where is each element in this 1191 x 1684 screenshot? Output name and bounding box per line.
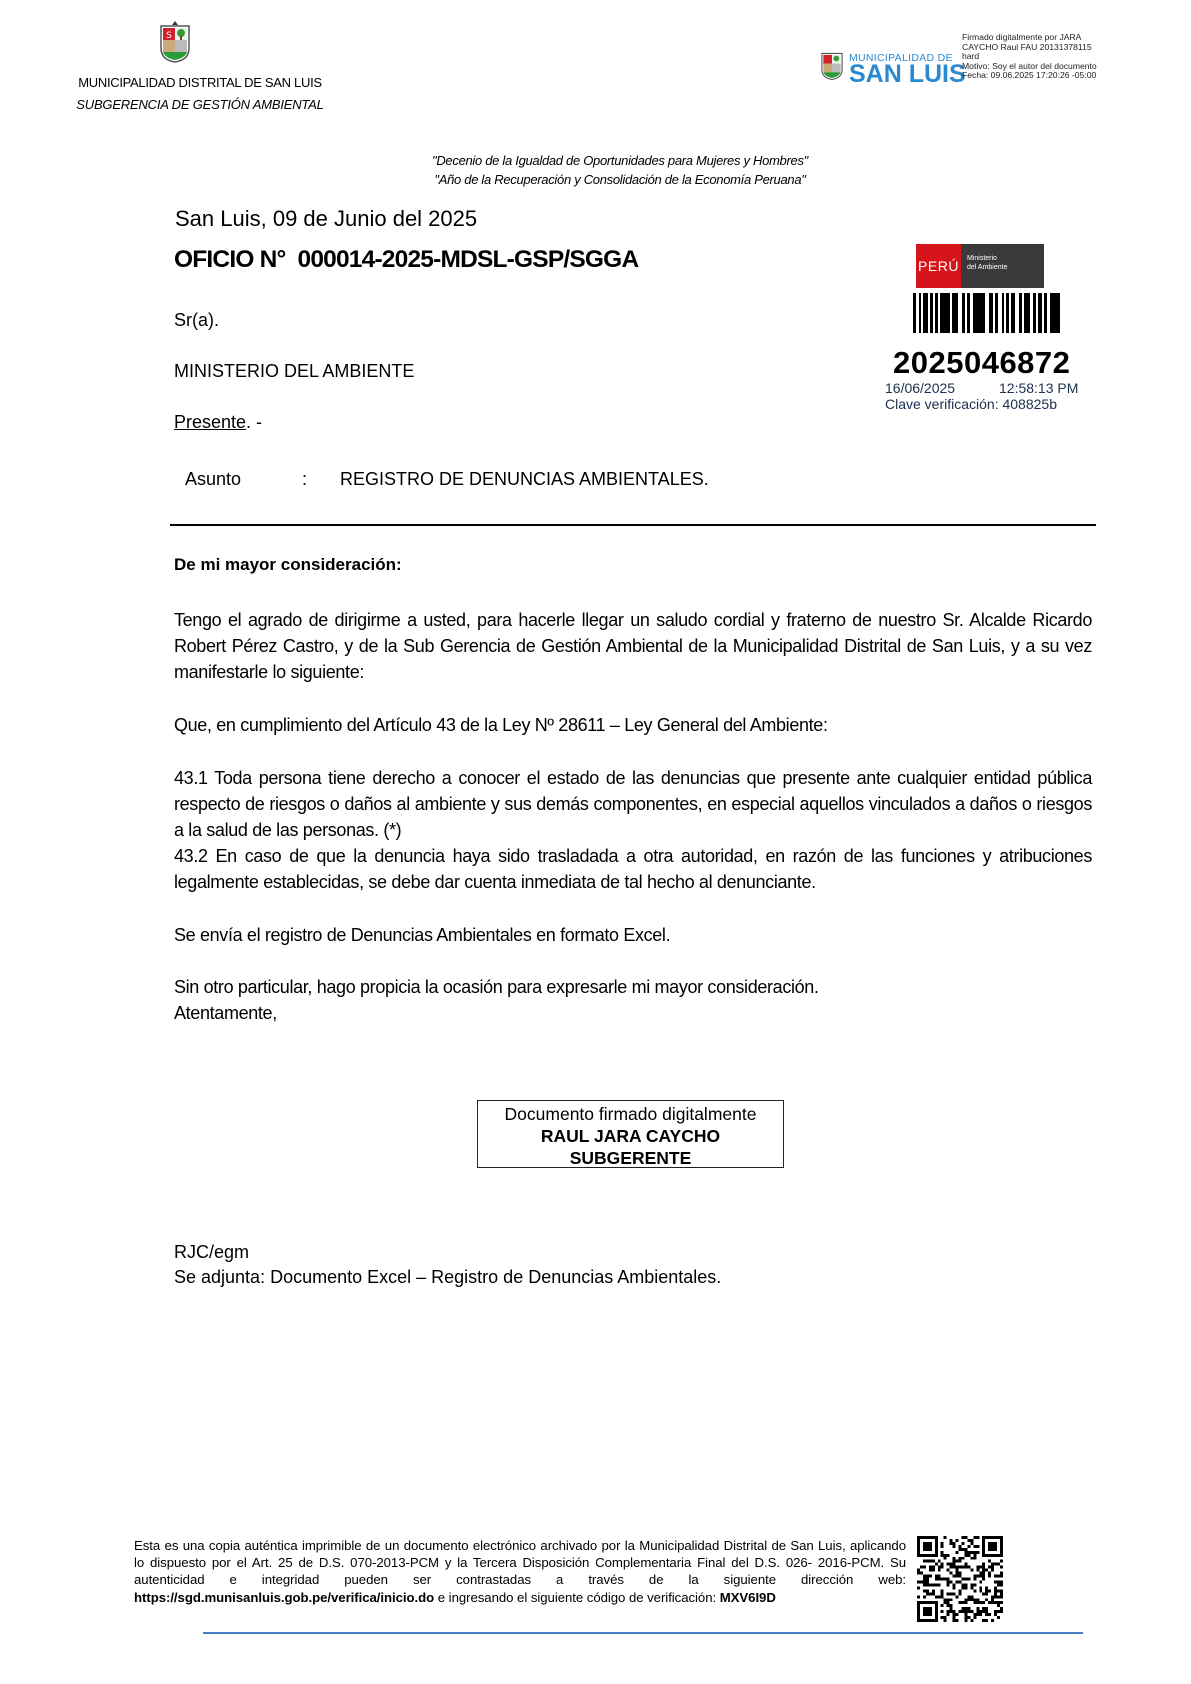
subject-separator: : — [302, 469, 307, 490]
verification-url[interactable]: https://sgd.munisanluis.gob.pe/verifica/… — [134, 1590, 434, 1605]
motto-year: "Año de la Recuperación y Consolidación … — [300, 172, 940, 187]
barcode-icon — [913, 293, 1060, 333]
san-luis-logo: MUNICIPALIDAD DE SAN LUIS — [819, 47, 959, 87]
reference-initials: RJC/egm — [174, 1242, 249, 1263]
presente-word: Presente — [174, 412, 246, 432]
recipient-entity: MINISTERIO DEL AMBIENTE — [174, 361, 414, 382]
body-paragraph: Tengo el agrado de dirigirme a usted, pa… — [174, 607, 1092, 685]
ministry-logo: PERÚ Ministerio del Ambiente — [916, 244, 1044, 288]
municipality-name: MUNICIPALIDAD DISTRITAL DE SAN LUIS — [50, 75, 350, 90]
body-paragraph: Se envía el registro de Denuncias Ambien… — [174, 922, 1092, 948]
subject-label: Asunto — [185, 469, 241, 490]
reception-date: 16/06/2025 — [885, 380, 955, 396]
notice-text: Esta es una copia auténtica imprimible d… — [134, 1538, 906, 1587]
qr-code-icon — [917, 1536, 1003, 1622]
ministry-label: Ministerio del Ambiente — [961, 244, 1044, 288]
legal-article-text: 43.1 Toda persona tiene derecho a conoce… — [174, 765, 1092, 895]
verification-key: Clave verificación: 408825b — [885, 396, 1057, 412]
ministry-line: Ministerio — [967, 254, 1044, 263]
header-divider — [170, 524, 1096, 526]
motto-decade: "Decenio de la Igualdad de Oportunidades… — [300, 153, 940, 168]
municipal-crest-icon: S — [157, 20, 193, 64]
peru-label: PERÚ — [916, 244, 961, 288]
signer-title: SUBGERENTE — [478, 1147, 783, 1169]
authenticity-notice: Esta es una copia auténtica imprimible d… — [134, 1537, 906, 1606]
ministry-line: del Ambiente — [967, 263, 1044, 272]
recipient-presente: Presente. - — [174, 412, 262, 433]
attachment-note: Se adjunta: Documento Excel – Registro d… — [174, 1267, 721, 1288]
logo-text-big: SAN LUIS — [849, 61, 966, 87]
closing-salutation: Atentamente, — [174, 1000, 1092, 1026]
municipal-crest-icon — [819, 47, 845, 83]
body-paragraph: Que, en cumplimiento del Artículo 43 de … — [174, 712, 1092, 738]
reception-time: 12:58:13 PM — [999, 380, 1078, 396]
body-paragraph: Sin otro particular, hago propicia la oc… — [174, 974, 1092, 1000]
verification-code: MXV6I9D — [720, 1590, 776, 1605]
presente-suffix: . - — [246, 412, 262, 432]
signature-caption: Documento firmado digitalmente — [478, 1103, 783, 1125]
signature-line: CAYCHO Raul FAU 20131378115 — [962, 43, 1122, 53]
recipient-salutation: Sr(a). — [174, 310, 219, 331]
subject-value: REGISTRO DE DENUNCIAS AMBIENTALES. — [340, 469, 709, 490]
document-date: San Luis, 09 de Junio del 2025 — [175, 206, 477, 232]
notice-text: e ingresando el siguiente código de veri… — [434, 1590, 720, 1605]
svg-text:S: S — [166, 31, 172, 41]
signature-line: Fecha: 09.06.2025 17:20:26 -05:00 — [962, 71, 1122, 81]
digital-signature-info: Firmado digitalmente por JARA CAYCHO Rau… — [962, 33, 1122, 81]
article-43-2: 43.2 En caso de que la denuncia haya sid… — [174, 843, 1092, 895]
document-title: OFICIO N° 000014-2025-MDSL-GSP/SGGA — [174, 246, 638, 274]
registration-number: 2025046872 — [893, 345, 1070, 381]
digital-signature-box: Documento firmado digitalmente RAUL JARA… — [477, 1100, 784, 1168]
article-43-1: 43.1 Toda persona tiene derecho a conoce… — [174, 765, 1092, 843]
signer-name: RAUL JARA CAYCHO — [478, 1125, 783, 1147]
greeting: De mi mayor consideración: — [174, 555, 402, 575]
footer-divider — [203, 1632, 1083, 1634]
subdivision-name: SUBGERENCIA DE GESTIÓN AMBIENTAL — [50, 97, 350, 112]
